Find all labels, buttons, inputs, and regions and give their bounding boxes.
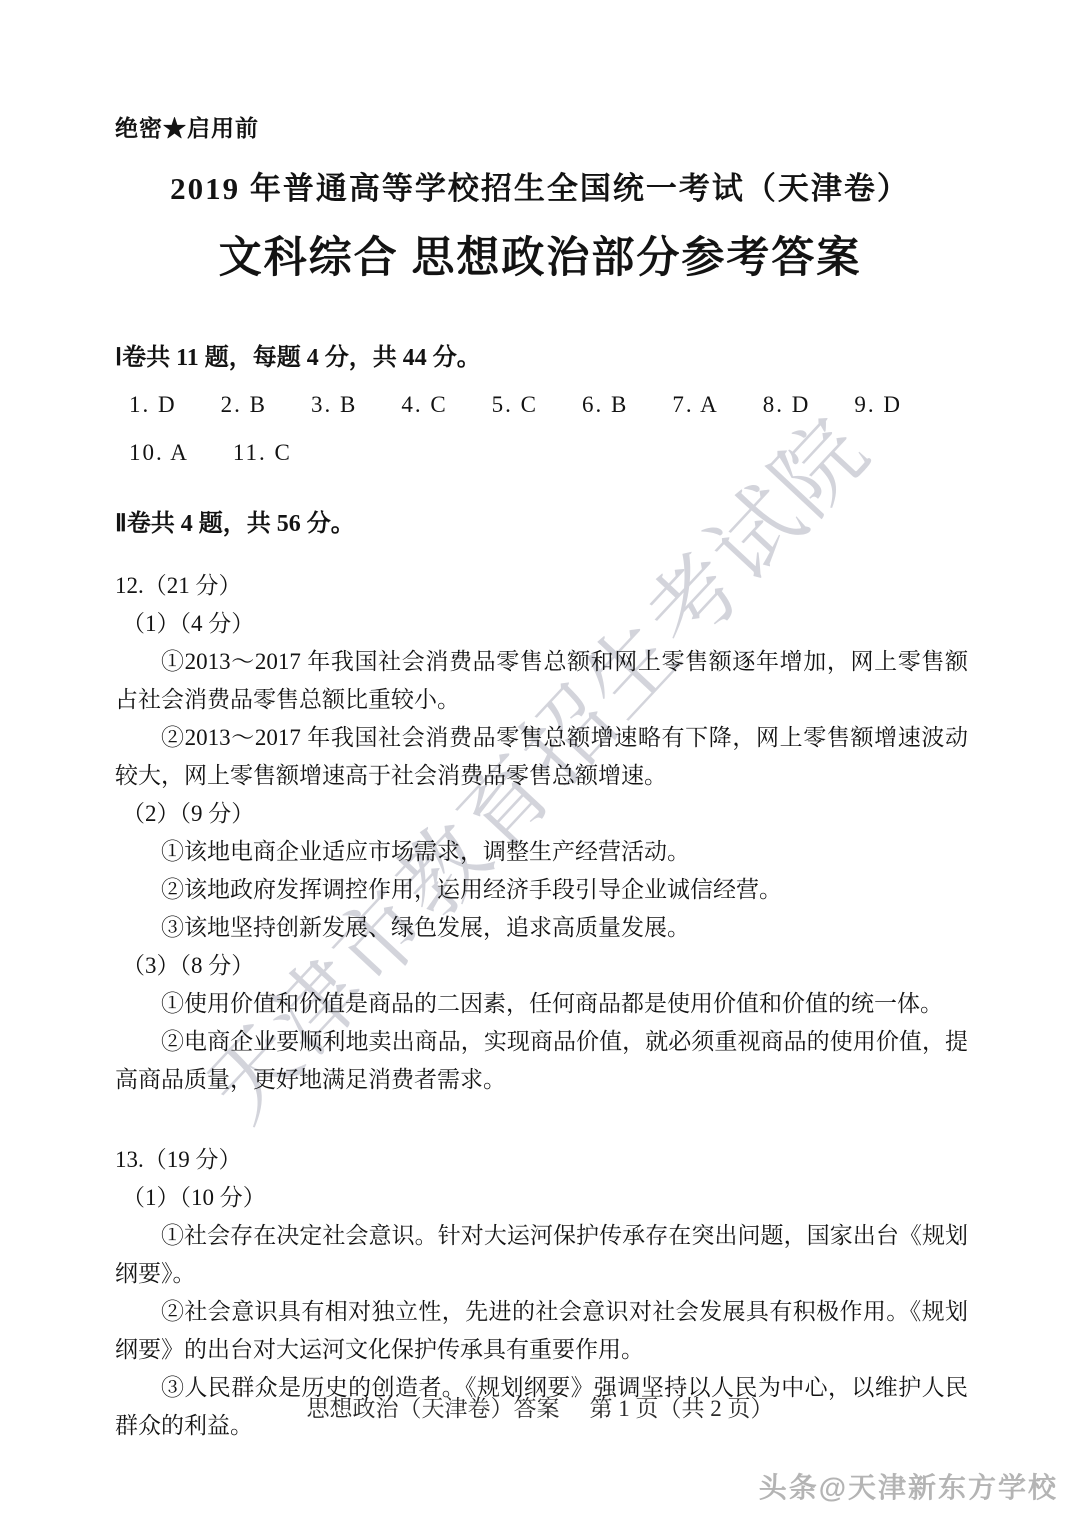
q12-sub2-point-2: ②该地政府发挥调控作用，运用经济手段引导企业诚信经营。 [115, 871, 968, 909]
credit-watermark: 头条@天津新东方学校 [759, 1466, 1058, 1506]
choice-answers-row-1: 1. D 2. B 3. B 4. C 5. C 6. B 7. A 8. D … [129, 385, 968, 425]
answer-content: Ⅰ卷共 11 题，每题 4 分，共 44 分。 1. D 2. B 3. B 4… [115, 339, 968, 1445]
answer-item-8: 8. D [763, 385, 811, 425]
q13-sub1-point-1: ①社会存在决定社会意识。针对大运河保护传承存在突出问题，国家出台《规划纲要》。 [115, 1217, 968, 1293]
q12-sub1-point-2: ②2013～2017 年我国社会消费品零售总额增速略有下降，网上零售额增速波动较… [115, 719, 968, 795]
answer-item-5: 5. C [492, 385, 538, 425]
answer-item-7: 7. A [672, 385, 718, 425]
page-footer: 思想政治（天津卷）答案 第 1 页（共 2 页） [0, 1390, 1080, 1423]
footer-page-number: 第 1 页（共 2 页） [590, 1390, 774, 1423]
answer-item-1: 1. D [129, 385, 177, 425]
subject-title-comprehensive: 文科综合 [219, 235, 399, 282]
q12-sub2-point-1: ①该地电商企业适应市场需求，调整生产经营活动。 [115, 833, 968, 871]
q13-sub1-label: （1）（10 分） [115, 1179, 968, 1217]
part2-heading: Ⅱ卷共 4 题，共 56 分。 [115, 505, 968, 543]
q12-sub2-label: （2）（9 分） [115, 795, 968, 833]
question12-heading: 12.（21 分） [115, 567, 968, 605]
answer-item-3: 3. B [311, 385, 357, 425]
answer-item-10: 10. A [129, 433, 189, 473]
footer-document-title: 思想政治（天津卷）答案 [307, 1390, 560, 1423]
q12-sub1-label: （1）（4 分） [115, 605, 968, 643]
answer-item-9: 9. D [854, 385, 902, 425]
security-classification: 绝密★启用前 [115, 110, 1080, 143]
document-page: 天津市教育招生考试院 绝密★启用前 2019 年普通高等学校招生全国统一考试（天… [0, 0, 1080, 1527]
q13-sub1-point-2: ②社会意识具有相对独立性，先进的社会意识对社会发展具有积极作用。《规划纲要》的出… [115, 1293, 968, 1369]
answer-item-6: 6. B [582, 385, 628, 425]
q12-sub3-point-2: ②电商企业要顺利地卖出商品，实现商品价值，就必须重视商品的使用价值，提高商品质量… [115, 1023, 968, 1099]
q12-sub1-point-1: ①2013～2017 年我国社会消费品零售总额和网上零售额逐年增加，网上零售额占… [115, 643, 968, 719]
q12-sub2-point-3: ③该地坚持创新发展、绿色发展，追求高质量发展。 [115, 909, 968, 947]
subject-title-politics-answers: 思想政治部分参考答案 [411, 234, 861, 282]
exam-title: 2019 年普通高等学校招生全国统一考试（天津卷） [0, 163, 1080, 208]
part1-heading: Ⅰ卷共 11 题，每题 4 分，共 44 分。 [115, 339, 968, 377]
answer-item-4: 4. C [401, 385, 447, 425]
q12-sub3-label: （3）（8 分） [115, 947, 968, 985]
subject-title: 文科综合 思想政治部分参考答案 [0, 224, 1080, 285]
answer-item-11: 11. C [233, 433, 292, 473]
choice-answers-row-2: 10. A 11. C [129, 433, 968, 473]
answer-item-2: 2. B [221, 385, 267, 425]
question13-heading: 13.（19 分） [115, 1141, 968, 1179]
q12-sub3-point-1: ①使用价值和价值是商品的二因素，任何商品都是使用价值和价值的统一体。 [115, 985, 968, 1023]
